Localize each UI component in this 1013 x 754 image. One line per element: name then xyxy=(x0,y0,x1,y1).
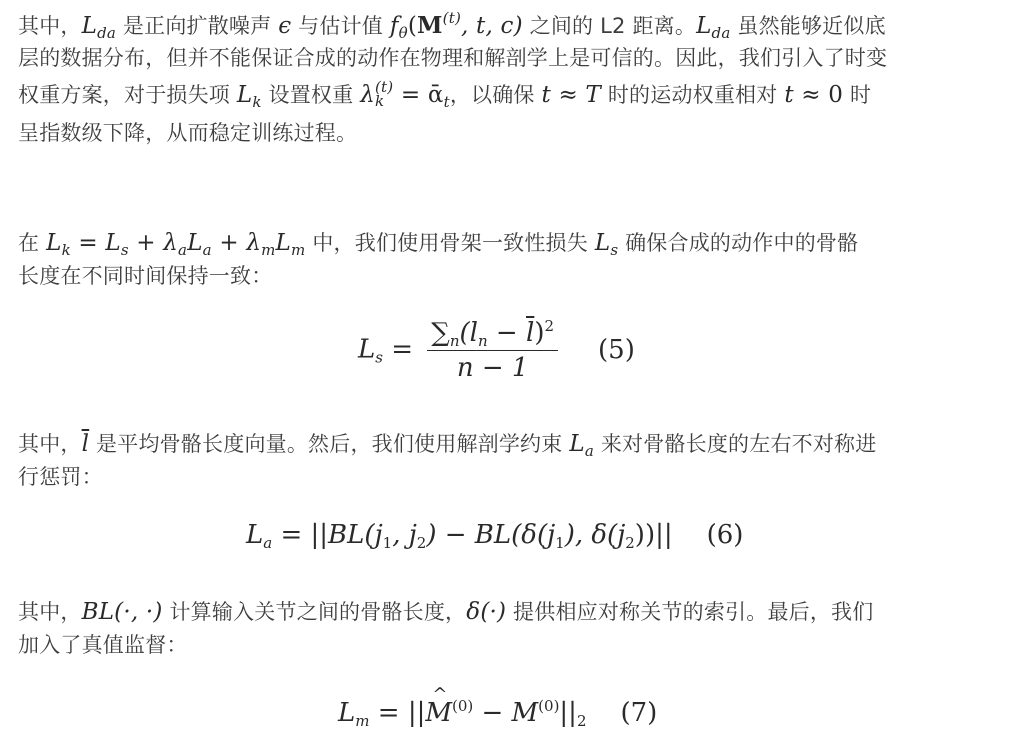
math-BL: BL(·, ·) xyxy=(82,599,163,625)
math-lambda-k-t: λ(t)k = ᾱt xyxy=(360,82,450,108)
text: 是平均骨骼长度向量。然后，我们使用解剖学约束 xyxy=(89,432,569,456)
math-epsilon: ϵ xyxy=(278,13,291,39)
text: 加入了真值监督： xyxy=(18,633,188,657)
paragraph-anatomical-constraint: 其中，l 是平均骨骼长度向量。然后，我们使用解剖学约束 La 来对骨骼长度的左右… xyxy=(18,428,998,494)
text: 层的数据分布，但并不能保证合成的动作在物理和解剖学上是可信的。因此，我们引入了时… xyxy=(18,46,887,70)
math-loss-sum: Lk = Ls + λaLa + λmLm xyxy=(46,230,305,256)
paragraph-skeleton-loss: 在 Lk = Ls + λaLa + λmLm 中，我们使用骨架一致性损失 Ls… xyxy=(18,227,998,293)
text: 时 xyxy=(843,83,871,107)
text-line: 长度在不同时间保持一致： xyxy=(18,260,998,293)
text: 是正向扩散噪声 xyxy=(116,14,278,38)
text-line: 其中，l 是平均骨骼长度向量。然后，我们使用解剖学约束 La 来对骨骼长度的左右… xyxy=(18,428,998,461)
text: 行惩罚： xyxy=(18,465,103,489)
text-line: 其中，Lda 是正向扩散噪声 ϵ 与估计值 fθ(M(t), t, c) 之间的… xyxy=(18,9,998,42)
text: 中，我们使用骨架一致性损失 xyxy=(305,231,594,255)
equation-number: (6) xyxy=(707,520,744,550)
text: 时的运动权重相对 xyxy=(601,83,784,107)
text: 来对骨骼长度的左右不对称进 xyxy=(594,432,876,456)
math-L-da: Lda xyxy=(82,13,116,39)
math-L-a: La xyxy=(569,431,594,457)
text-line: 呈指数级下降，从而稳定训练过程。 xyxy=(18,117,998,150)
text: 提供相应对称关节的索引。最后，我们 xyxy=(506,600,873,624)
text: 其中， xyxy=(18,432,82,456)
equation-number: (7) xyxy=(621,698,658,728)
math-L-da: Lda xyxy=(696,13,730,39)
text: 权重方案，对于损失项 xyxy=(18,83,237,107)
text-line: 在 Lk = Ls + λaLa + λmLm 中，我们使用骨架一致性损失 Ls… xyxy=(18,227,998,260)
text: ，以确保 xyxy=(450,83,542,107)
equation-number: (5) xyxy=(598,335,635,365)
text: 在 xyxy=(18,231,46,255)
text: 设置权重 xyxy=(262,83,361,107)
text: 之间的 L2 距离。 xyxy=(523,14,696,38)
equation-5: Ls = ∑n(ln − l)2n − 1(5) xyxy=(358,318,635,383)
text-line: 行惩罚： xyxy=(18,461,998,494)
math-L-k: Lk xyxy=(237,82,262,108)
text-line: 加入了真值监督： xyxy=(18,629,998,662)
text: 呈指数级下降，从而稳定训练过程。 xyxy=(18,121,357,145)
equation-7: Lm = ||M(0) − M(0)||2(7) xyxy=(338,698,657,728)
fraction: ∑n(ln − l)2n − 1 xyxy=(427,318,558,383)
text-line: 权重方案，对于损失项 Lk 设置权重 λ(t)k = ᾱt，以确保 t ≈ T … xyxy=(18,75,998,117)
text: 长度在不同时间保持一致： xyxy=(18,264,272,288)
text: 虽然能够近似底 xyxy=(731,14,886,38)
text-line: 层的数据分布，但并不能保证合成的动作在物理和解剖学上是可信的。因此，我们引入了时… xyxy=(18,42,998,75)
paragraph-diffusion-loss: 其中，Lda 是正向扩散噪声 ϵ 与估计值 fθ(M(t), t, c) 之间的… xyxy=(18,9,998,150)
math-L-s: Ls xyxy=(595,230,618,256)
math-t-approx-0: t ≈ 0 xyxy=(784,82,843,108)
text: 计算输入关节之间的骨骼长度， xyxy=(163,600,467,624)
text: 其中， xyxy=(18,14,82,38)
math-t-approx-T: t ≈ T xyxy=(542,82,601,108)
paragraph-ground-truth: 其中，BL(·, ·) 计算输入关节之间的骨骼长度，δ(·) 提供相应对称关节的… xyxy=(18,596,998,662)
text: 确保合成的动作中的骨骼 xyxy=(618,231,858,255)
math-f-theta: fθ(M(t), t, c) xyxy=(390,13,523,39)
equation-6: La = ||BL(j1, j2) − BL(δ(j1), δ(j2))||(6… xyxy=(246,520,743,550)
text: 与估计值 xyxy=(291,14,390,38)
text: 其中， xyxy=(18,600,82,624)
math-delta: δ(·) xyxy=(466,599,506,625)
text-line: 其中，BL(·, ·) 计算输入关节之间的骨骼长度，δ(·) 提供相应对称关节的… xyxy=(18,596,998,629)
